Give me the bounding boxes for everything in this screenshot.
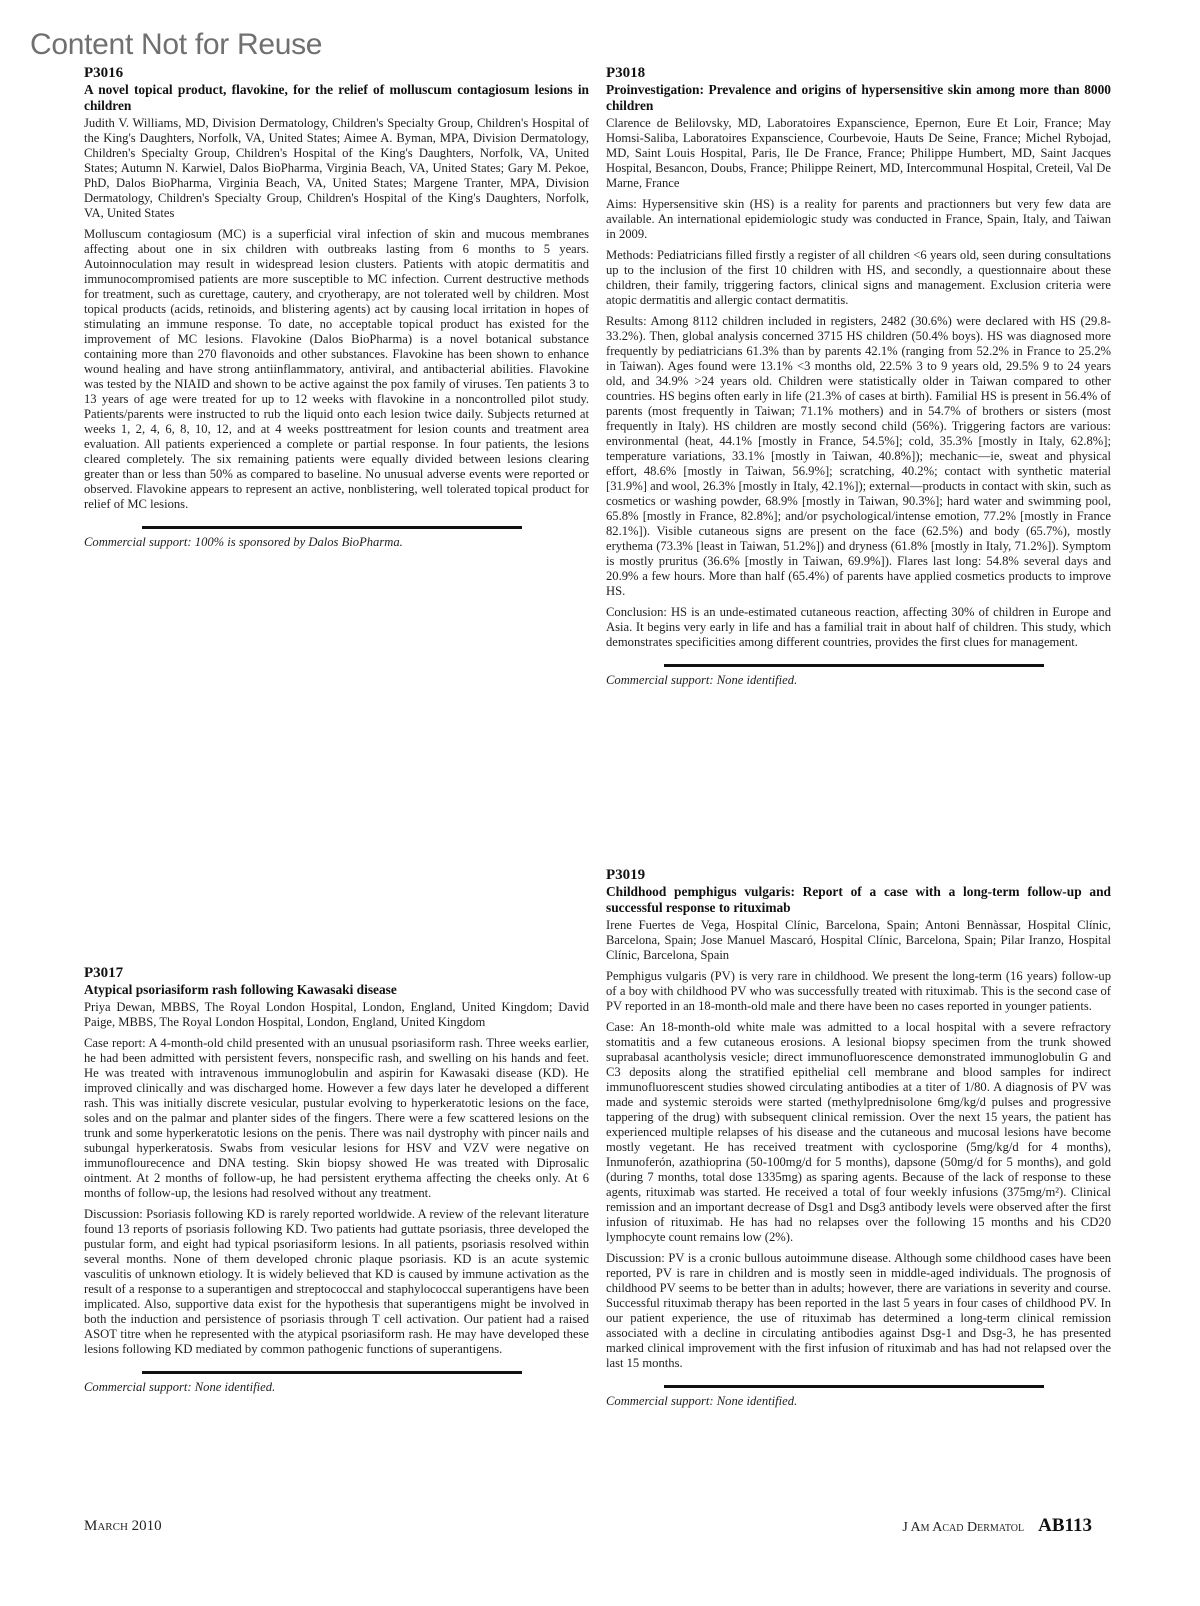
abstract-case: Case: An 18-month-old white male was adm…	[606, 1020, 1111, 1245]
abstract-title: A novel topical product, flavokine, for …	[84, 82, 589, 114]
divider	[142, 1371, 522, 1374]
commercial-support: Commercial support: None identified.	[606, 1394, 1111, 1409]
divider	[142, 526, 522, 529]
abstract-title: Childhood pemphigus vulgaris: Report of …	[606, 884, 1111, 916]
commercial-support: Commercial support: 100% is sponsored by…	[84, 535, 589, 550]
footer-journal: J Am Acad Dermatol	[902, 1520, 1024, 1536]
abstract-case-report: Case report: A 4-month-old child present…	[84, 1036, 589, 1201]
abstract-discussion: Discussion: PV is a cronic bullous autoi…	[606, 1251, 1111, 1371]
abstract-p3016: P3016 A novel topical product, flavokine…	[84, 64, 589, 550]
abstract-p3019: P3019 Childhood pemphigus vulgaris: Repo…	[606, 866, 1111, 1409]
divider	[664, 1385, 1044, 1388]
abstract-title: Proinvestigation: Prevalence and origins…	[606, 82, 1111, 114]
abstract-id: P3019	[606, 866, 1111, 884]
commercial-support: Commercial support: None identified.	[84, 1380, 589, 1395]
abstract-id: P3018	[606, 64, 1111, 82]
divider	[664, 664, 1044, 667]
footer-date: March 2010	[84, 1518, 162, 1535]
watermark: Content Not for Reuse	[30, 30, 322, 60]
abstract-conclusion: Conclusion: HS is an unde-estimated cuta…	[606, 605, 1111, 650]
abstract-intro: Pemphigus vulgaris (PV) is very rare in …	[606, 969, 1111, 1014]
abstract-p3017: P3017 Atypical psoriasiform rash followi…	[84, 964, 589, 1395]
abstract-results: Results: Among 8112 children included in…	[606, 314, 1111, 599]
abstract-discussion: Discussion: Psoriasis following KD is ra…	[84, 1207, 589, 1357]
abstract-authors: Irene Fuertes de Vega, Hospital Clínic, …	[606, 918, 1111, 963]
abstract-authors: Priya Dewan, MBBS, The Royal London Hosp…	[84, 1000, 589, 1030]
abstract-p3018: P3018 Proinvestigation: Prevalence and o…	[606, 64, 1111, 688]
page-number: AB113	[1038, 1515, 1092, 1537]
abstract-aims: Aims: Hypersensitive skin (HS) is a real…	[606, 197, 1111, 242]
abstract-methods: Methods: Pediatricians filled firstly a …	[606, 248, 1111, 308]
footer-journal-info: J Am Acad Dermatol AB113	[902, 1515, 1092, 1537]
abstract-authors: Judith V. Williams, MD, Division Dermato…	[84, 116, 589, 221]
commercial-support: Commercial support: None identified.	[606, 673, 1111, 688]
abstract-body: Molluscum contagiosum (MC) is a superfic…	[84, 227, 589, 512]
abstract-id: P3016	[84, 64, 589, 82]
abstract-title: Atypical psoriasiform rash following Kaw…	[84, 982, 589, 998]
abstract-id: P3017	[84, 964, 589, 982]
abstract-authors: Clarence de Belilovsky, MD, Laboratoires…	[606, 116, 1111, 191]
